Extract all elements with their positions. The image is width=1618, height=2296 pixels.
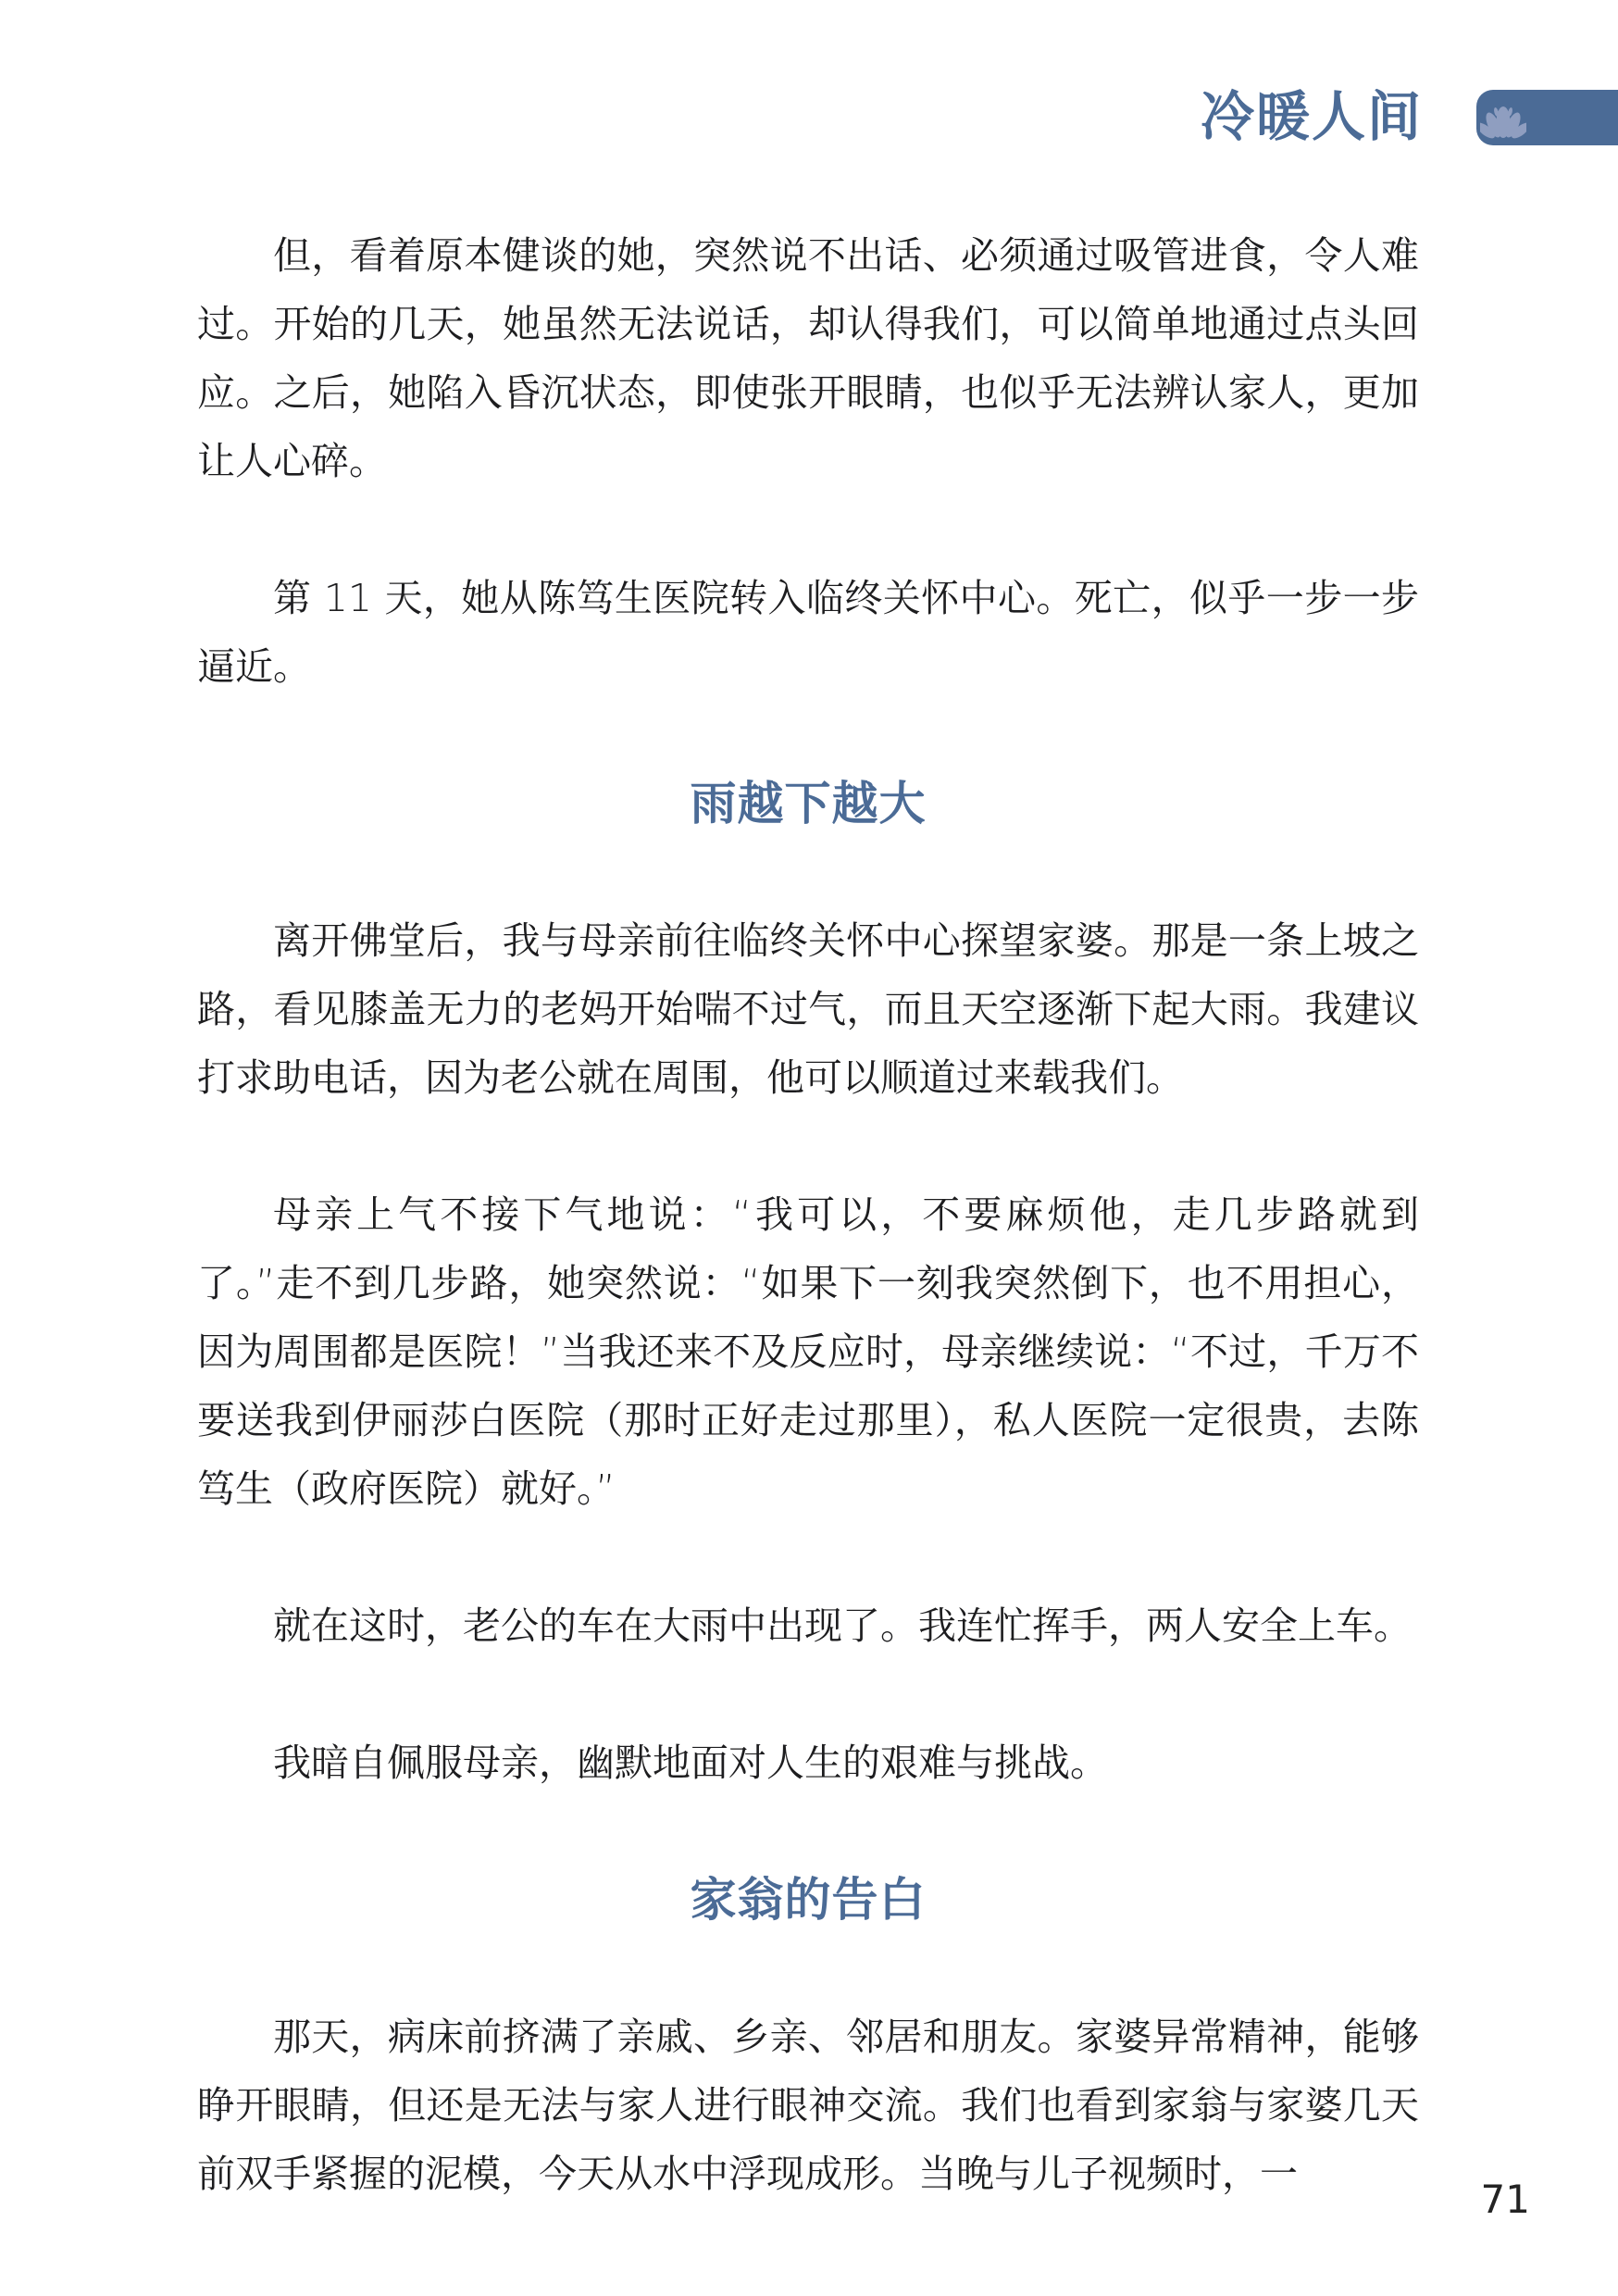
- header-bar: [1476, 90, 1618, 145]
- book-page: 冷暖人间 但，看着原本健谈的她，突然说不出话、必须通过吸管进食，令人难过。开始的…: [0, 0, 1618, 2296]
- lotus-icon: [1480, 104, 1526, 144]
- paragraph: 那天，病床前挤满了亲戚、乡亲、邻居和朋友。家婆异常精神，能够睁开眼睛，但还是无法…: [197, 2003, 1419, 2208]
- section-heading: 家翁的告白: [197, 1865, 1419, 1934]
- paragraph: 离开佛堂后，我与母亲前往临终关怀中心探望家婆。那是一条上坡之路，看见膝盖无力的老…: [197, 906, 1419, 1112]
- paragraph: 第 11 天，她从陈笃生医院转入临终关怀中心。死亡，似乎一步一步逼近。: [197, 564, 1419, 701]
- paragraph: 就在这时，老公的车在大雨中出现了。我连忙挥手，两人安全上车。: [197, 1591, 1419, 1660]
- paragraph: 母亲上气不接下气地说：“我可以，不要麻烦他，走几步路就到了。”走不到几步路，她突…: [197, 1180, 1419, 1523]
- paragraph: 但，看着原本健谈的她，突然说不出话、必须通过吸管进食，令人难过。开始的几天，她虽…: [197, 221, 1419, 495]
- article-body: 但，看着原本健谈的她，突然说不出话、必须通过吸管进食，令人难过。开始的几天，她虽…: [197, 221, 1419, 2277]
- paragraph: 我暗自佩服母亲，幽默地面对人生的艰难与挑战。: [197, 1728, 1419, 1797]
- section-heading: 雨越下越大: [197, 769, 1419, 838]
- chapter-title: 冷暖人间: [1201, 87, 1423, 146]
- page-number: 71: [1481, 2177, 1530, 2222]
